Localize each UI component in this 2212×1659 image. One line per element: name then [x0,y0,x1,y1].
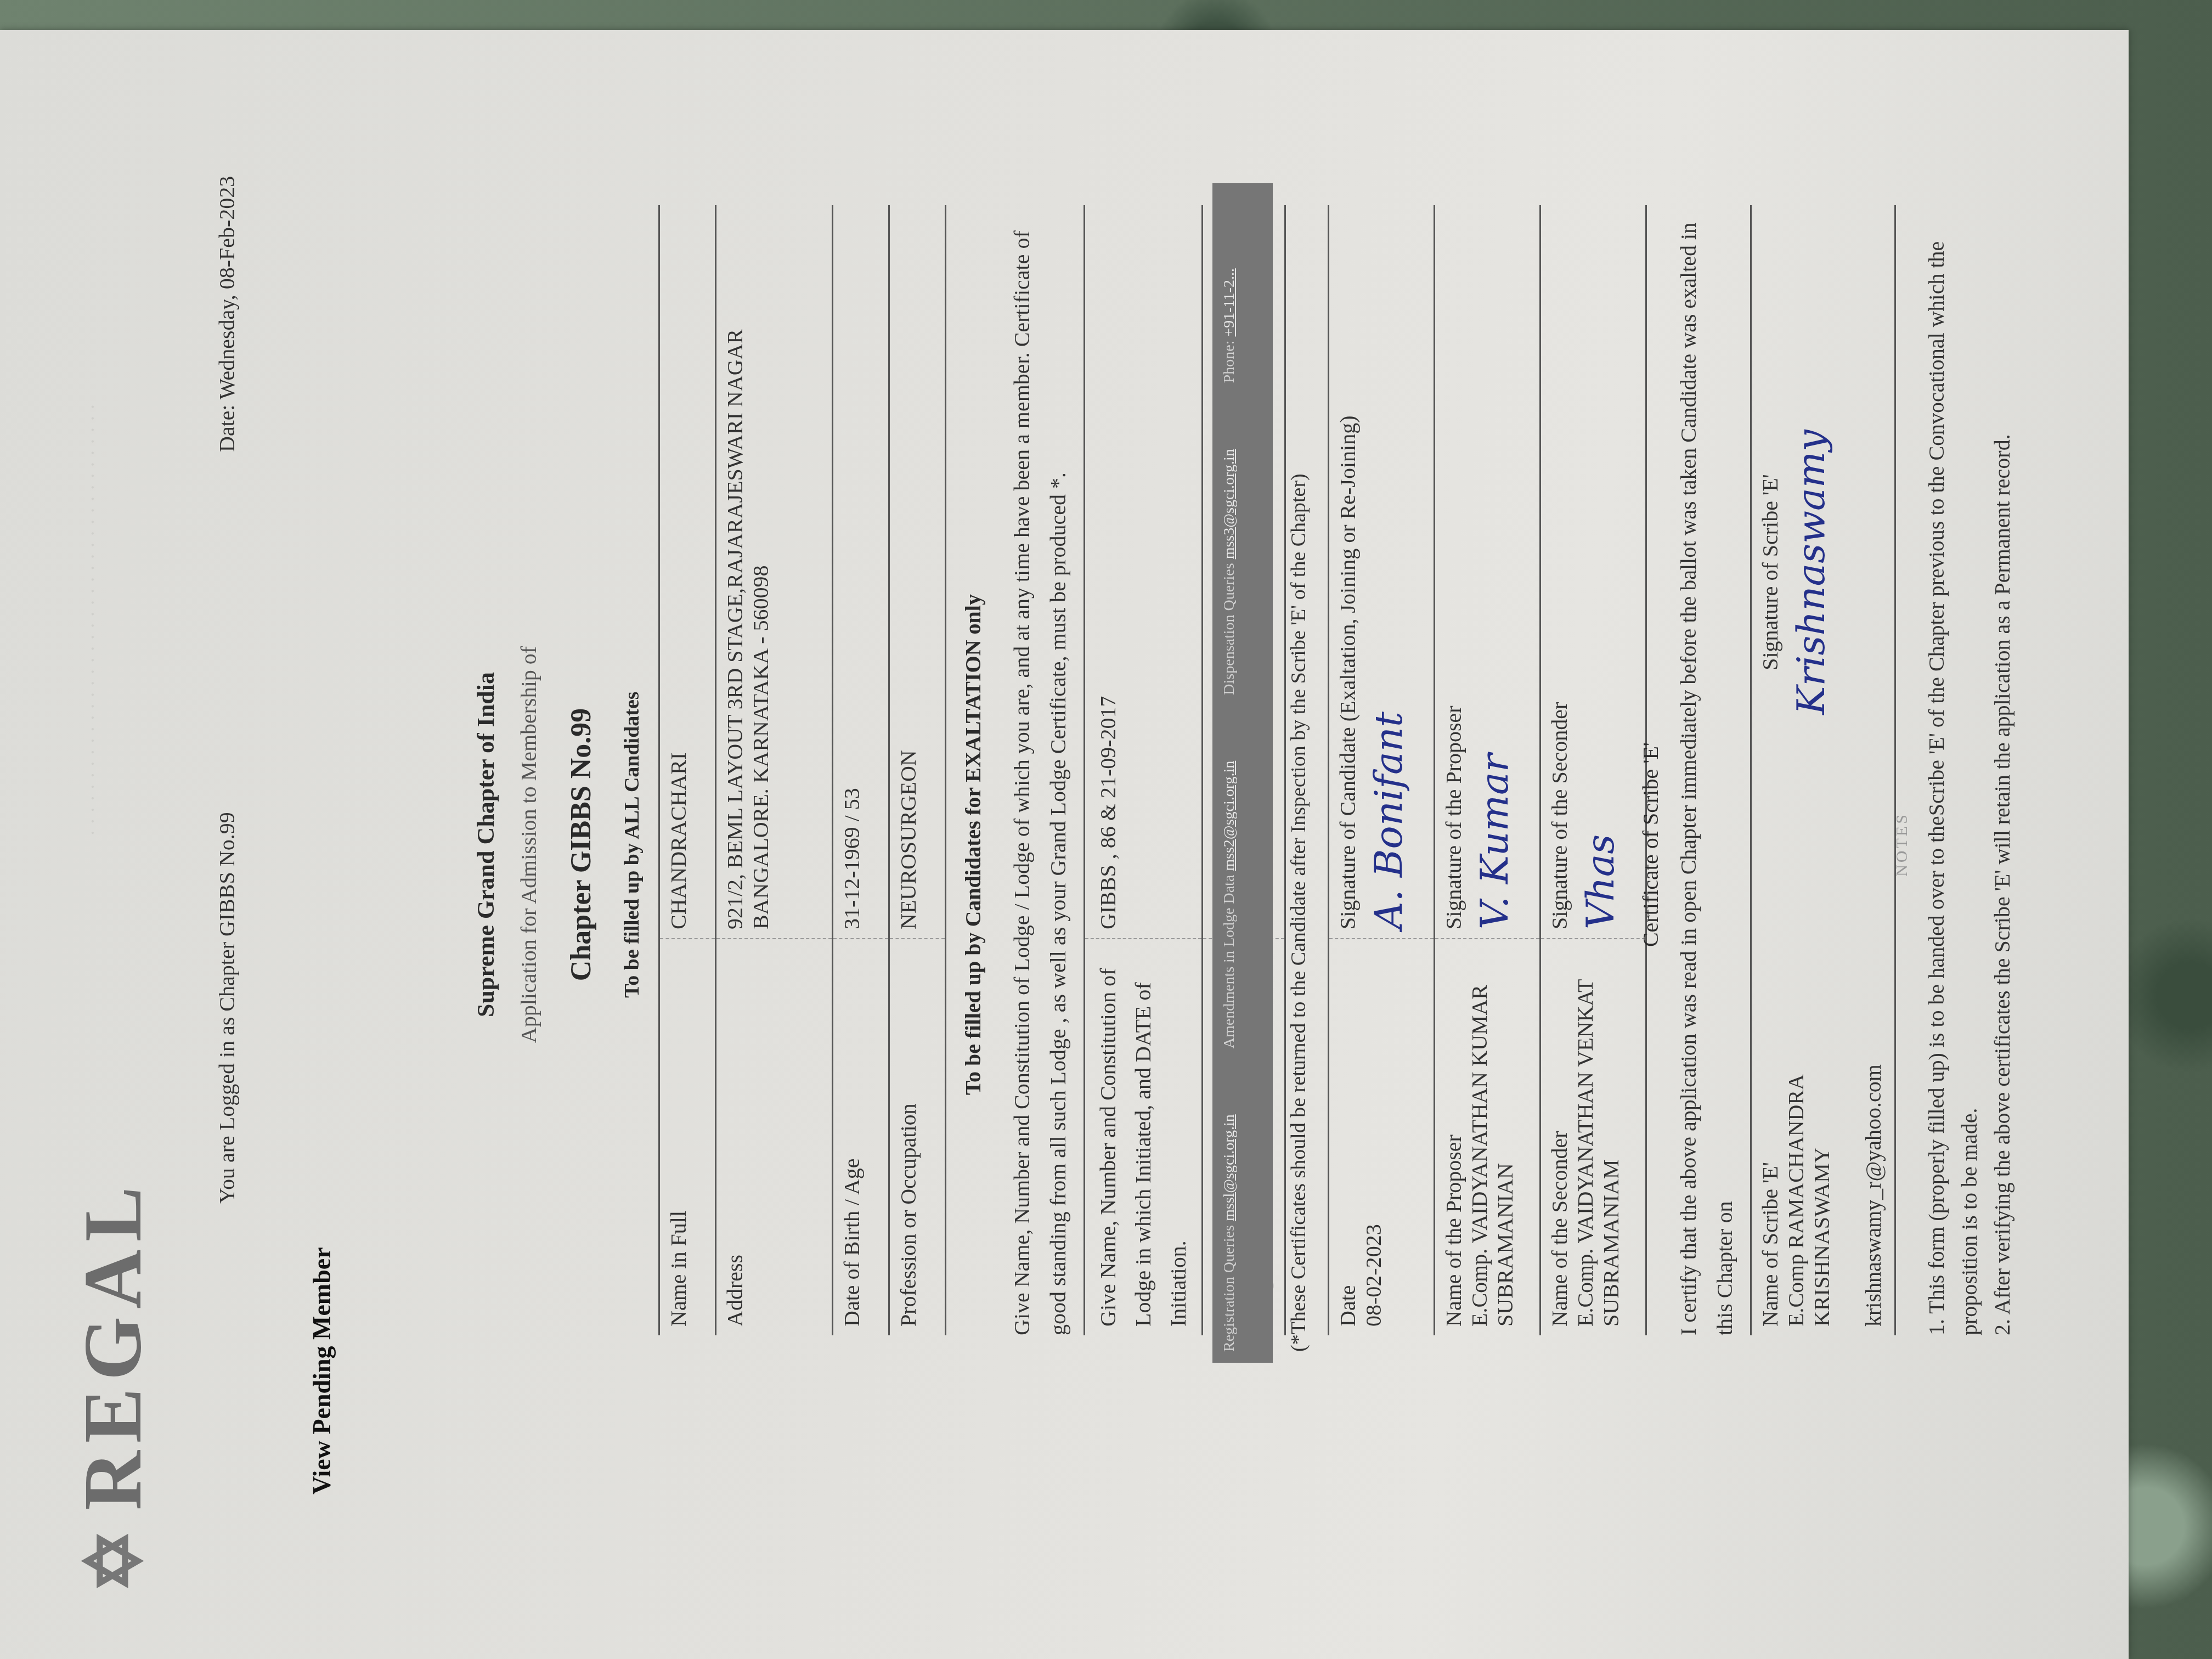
exaltation-instructions: Give Name, Number and Constitution of Lo… [1004,205,1076,1335]
address-value: 921/2, BEML LAYOUT 3RD STAGE,RAJARAJESWA… [716,205,833,939]
field-label: Name in Full [659,939,716,1335]
date-cell: Date08-02-2023 [1329,939,1435,1335]
current-date: Date: Wednesday, 08-Feb-2023 [214,176,240,452]
email-link[interactable]: mss3@sgci.org.in [1221,449,1238,559]
email-link[interactable]: mss2@sgci.org.in [1221,761,1238,871]
logo-text: REGAL [67,1179,159,1510]
scribe-certificate-title: Certificate of Scribe 'E' [1638,30,1663,1659]
page-content: ✡REGAL · · · · · · · · · · · · · · · · ·… [0,30,2129,1659]
initiated-lodge-value: GIBBS , 86 & 21-09-2017 [1085,205,1203,939]
table-row: Give Name, Number and Constitution of Lo… [1085,205,1203,1335]
handwritten-signature: V. Kumar [1472,214,1517,929]
candidate-details-table: Name in Full CHANDRACHARI Address 921/2,… [658,205,946,1335]
handwritten-signature: A. Bonifant [1366,214,1411,929]
field-label: Profession or Occupation [889,939,946,1335]
table-row: Date of Birth / Age 31-12-1969 / 53 [833,205,889,1335]
signatures-table: Date08-02-2023 Signature of Candidate (E… [1328,205,1647,1335]
table-row: Name of the SeconderE.Comp. VAIDYANATHAN… [1541,205,1646,1335]
exaltation-section-title: To be filled up by Candidates for EXALTA… [960,30,986,1659]
table-row: Profession or Occupation NEUROSURGEON [889,205,946,1335]
note-item: 1. This form (properly filled up) is to … [1920,205,1986,1335]
dob-age-value: 31-12-1969 / 53 [833,205,889,939]
contact-footer-bar: Registration Queries mssl@sgci.org.in Am… [1212,183,1273,1363]
note-item: 2. After verifying the above certificate… [1986,205,2019,1335]
page-title: View Pending Member [307,1247,336,1494]
proposer-cell: Name of the ProposerE.Comp. VAIDYANATHAN… [1435,939,1541,1335]
handwritten-signature: Vhas [1578,214,1623,929]
scribe-table: Name of Scribe 'E'E.Comp RAMACHANDRA KRI… [1750,205,1896,1335]
proposer-signature-cell: Signature of the ProposerV. Kumar [1435,205,1541,939]
date-value: 08-02-2023 [1361,1224,1386,1327]
seconder-cell: Name of the SeconderE.Comp. VAIDYANATHAN… [1541,939,1646,1335]
form-subtitle: Application for Admission to Membership … [516,30,541,1659]
full-name-value: CHANDRACHARI [659,205,716,939]
footer-item: Phone: +91-11-2... [1218,268,1267,383]
regal-logo: ✡REGAL [66,1179,160,1593]
field-label: Address [716,939,833,1335]
footer-item: Amendments in Lodge Data mss2@sgci.org.i… [1218,761,1267,1049]
notes-list: 1. This form (properly filled up) is to … [1920,205,2019,1335]
seconder-name: E.Comp. VAIDYANATHAN VENKAT SUBRAMANIAM [1573,979,1623,1327]
field-label: Date of Birth / Age [833,939,889,1335]
seconder-signature-cell: Signature of the SeconderVhas [1541,205,1646,939]
org-title: Supreme Grand Chapter of India [472,30,500,1659]
scribe-signature-cell: Signature of Scribe 'E'Krishnaswamy [1751,205,1895,939]
faded-header-text: · · · · · · · · · · · · · · · · · · · · … [77,233,109,836]
scribe-email: krishnaswamy_r@yahoo.com [1861,1064,1886,1327]
star-emblem-icon: ✡ [72,1521,157,1593]
section-all-candidates: To be filled up by ALL Candidates [620,30,644,1659]
certificates-note: (*These Certificates should be returned … [1286,473,1311,1352]
email-link[interactable]: mssl@sgci.org.in [1221,1114,1238,1221]
login-status: You are Logged in as Chapter GIBBS No.99 [214,812,240,1204]
table-row: Date08-02-2023 Signature of Candidate (E… [1329,205,1435,1335]
handwritten-signature: Krishnaswamy [1788,214,1833,930]
occupation-value: NEUROSURGEON [889,205,946,939]
notes-heading: NOTES [1893,30,1911,1659]
footer-item: Dispensation Queries mss3@sgci.org.in [1218,449,1267,695]
table-row: Name of Scribe 'E'E.Comp RAMACHANDRA KRI… [1751,205,1895,1335]
footer-item: Registration Queries mssl@sgci.org.in [1218,1114,1267,1352]
phone-link[interactable]: +91-11-2... [1221,268,1238,336]
table-row: Address 921/2, BEML LAYOUT 3RD STAGE,RAJ… [716,205,833,1335]
printed-application-sheet: ✡REGAL · · · · · · · · · · · · · · · · ·… [0,30,2129,1659]
proposer-name: E.Comp. VAIDYANATHAN KUMAR SUBRAMANIAN [1467,985,1517,1327]
chapter-title: Chapter GIBBS No.99 [565,30,597,1659]
table-row: Name in Full CHANDRACHARI [659,205,716,1335]
table-row: Name of the ProposerE.Comp. VAIDYANATHAN… [1435,205,1541,1335]
scribe-name: E.Comp RAMACHANDRA KRISHNASWAMY [1784,1075,1834,1327]
field-label: Give Name, Number and Constitution of Lo… [1085,939,1203,1335]
scribe-certificate-text: I certify that the above application was… [1671,205,1743,1335]
scribe-name-cell: Name of Scribe 'E'E.Comp RAMACHANDRA KRI… [1751,939,1895,1335]
candidate-signature-cell: Signature of Candidate (Exaltation, Join… [1329,205,1435,939]
